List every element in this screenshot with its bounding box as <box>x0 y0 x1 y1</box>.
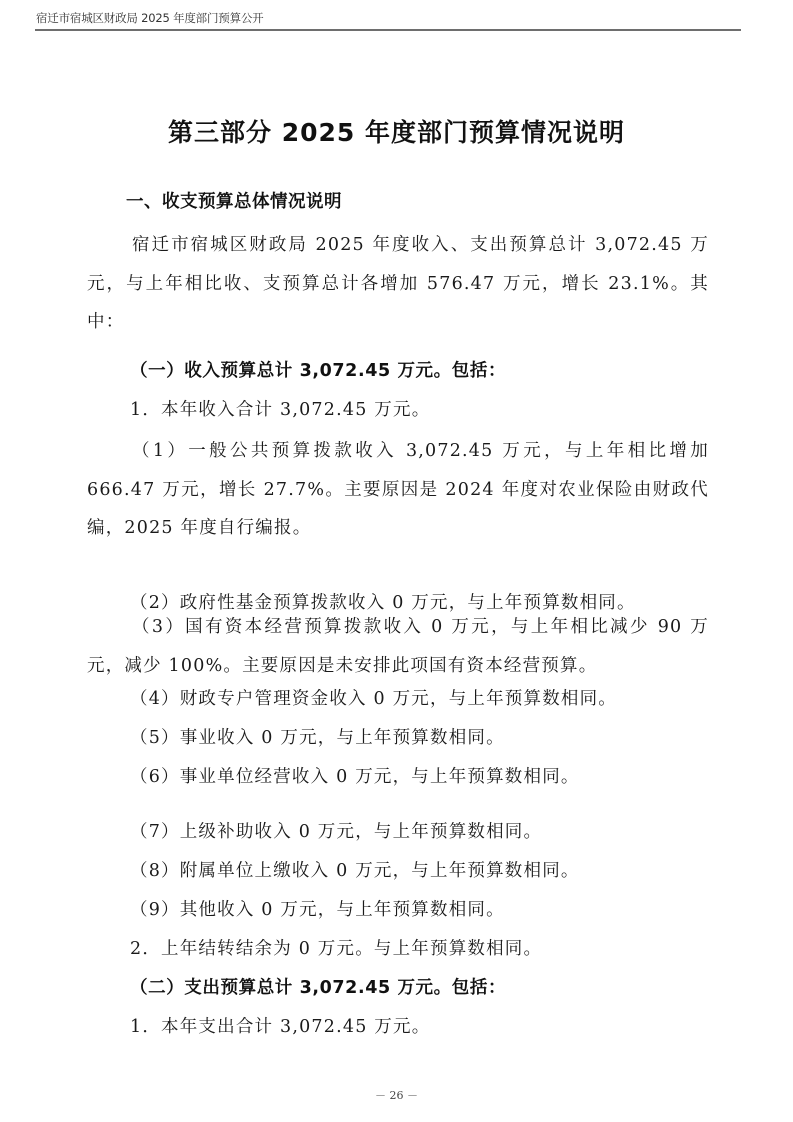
income-sub-item-6: （6）事业单位经营收入 0 万元，与上年预算数相同。 <box>130 763 580 788</box>
income-total-item: 1．本年收入合计 3,072.45 万元。 <box>130 396 430 421</box>
income-sub-item-9: （9）其他收入 0 万元，与上年预算数相同。 <box>130 896 505 921</box>
income-sub-item-1: （1）一般公共预算拨款收入 3,072.45 万元，与上年相比增加 666.47… <box>87 432 709 548</box>
carryover-item: 2．上年结转结余为 0 万元。与上年预算数相同。 <box>130 935 542 960</box>
section-heading: 一、收支预算总体情况说明 <box>126 188 342 213</box>
running-header-title: 宿迁市宿城区财政局 2025 年度部门预算公开 <box>36 10 263 26</box>
income-sub-item-8: （8）附属单位上缴收入 0 万元，与上年预算数相同。 <box>130 857 580 882</box>
page-title: 第三部分 2025 年度部门预算情况说明 <box>0 113 793 149</box>
expenditure-heading: （二）支出预算总计 3,072.45 万元。包括： <box>130 974 506 999</box>
income-heading: （一）收入预算总计 3,072.45 万元。包括： <box>130 357 506 382</box>
expenditure-total-item: 1．本年支出合计 3,072.45 万元。 <box>130 1013 430 1038</box>
income-sub-item-5: （5）事业收入 0 万元，与上年预算数相同。 <box>130 724 505 749</box>
income-sub-item-4: （4）财政专户管理资金收入 0 万元，与上年预算数相同。 <box>130 685 617 710</box>
page-number: － 26 － <box>0 1087 793 1103</box>
running-header: 宿迁市宿城区财政局 2025 年度部门预算公开 <box>35 10 741 31</box>
income-sub-item-3: （3）国有资本经营预算拨款收入 0 万元，与上年相比减少 90 万元，减少 10… <box>87 608 709 685</box>
intro-paragraph: 宿迁市宿城区财政局 2025 年度收入、支出预算总计 3,072.45 万元，与… <box>87 226 709 342</box>
income-sub-item-7: （7）上级补助收入 0 万元，与上年预算数相同。 <box>130 818 542 843</box>
